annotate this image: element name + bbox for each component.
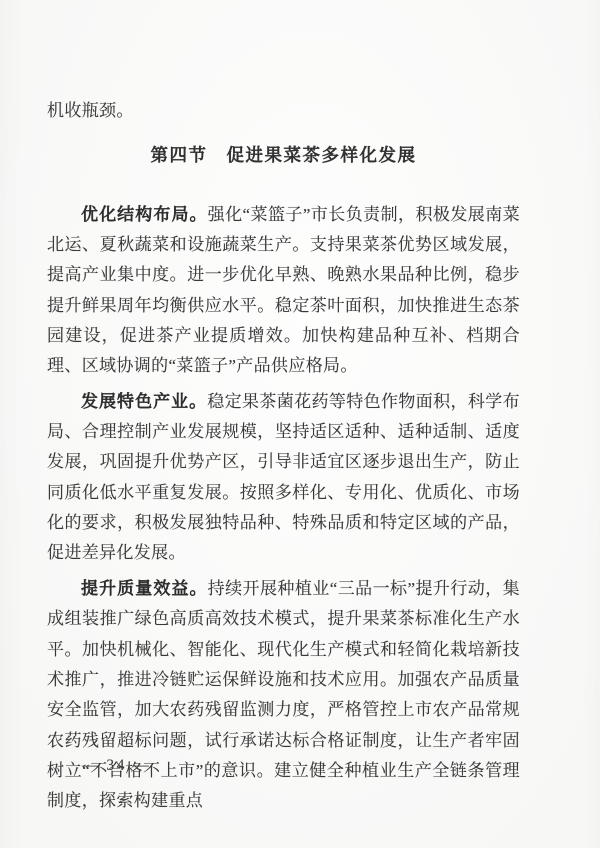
document-page: 机收瓶颈。 第四节 促进果菜茶多样化发展 优化结构布局。强化“菜篮子”市长负责制… [0,0,600,848]
paragraph-body: 稳定果茶菌花药等特色作物面积，科学布局、合理控制产业发展规模，坚持适区适种、适种… [47,392,520,563]
paragraph-lead: 优化结构布局。 [81,205,208,224]
document-content: 机收瓶颈。 第四节 促进果菜茶多样化发展 优化结构布局。强化“菜篮子”市长负责制… [47,96,520,822]
paragraph-lead: 提升质量效益。 [81,579,208,598]
page-number: — 34 — [82,757,151,775]
paragraph-continuation: 机收瓶颈。 [47,96,520,126]
paragraph: 发展特色产业。稳定果茶菌花药等特色作物面积，科学布局、合理控制产业发展规模，坚持… [47,387,520,569]
paragraph: 优化结构布局。强化“菜篮子”市长负责制，积极发展南菜北运、夏秋蔬菜和设施蔬菜生产… [47,200,520,382]
paragraph: 提升质量效益。持续开展种植业“三品一标”提升行动，集成组装推广绿色高质高效技术模… [47,574,520,817]
paragraph-lead: 发展特色产业。 [81,392,207,411]
paragraph-body: 持续开展种植业“三品一标”提升行动，集成组装推广绿色高质高效技术模式，提升果菜茶… [47,579,520,810]
paragraph-body: 强化“菜篮子”市长负责制，积极发展南菜北运、夏秋蔬菜和设施蔬菜生产。支持果菜茶优… [47,205,520,376]
section-heading: 第四节 促进果菜茶多样化发展 [47,140,520,170]
